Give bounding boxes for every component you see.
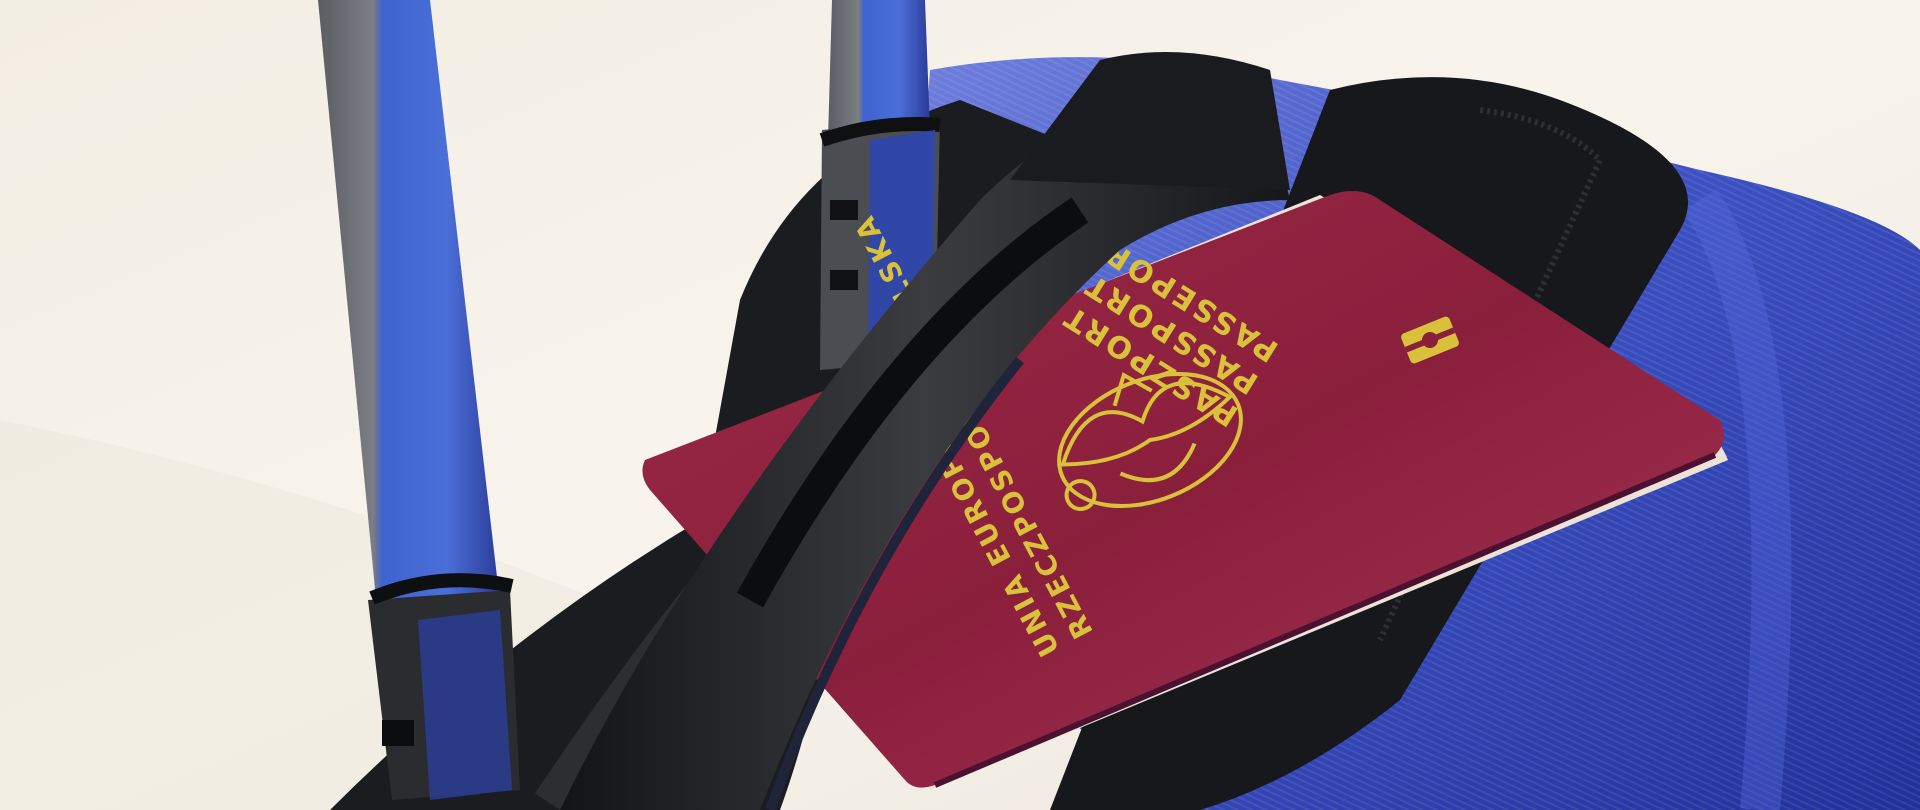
photo-canvas: PASZPORT PASSPORT PASSEPORT UNIA EUROPEJ…: [0, 0, 1920, 810]
passport-suitcase-photo: PASZPORT PASSPORT PASSEPORT UNIA EUROPEJ…: [0, 0, 1920, 810]
